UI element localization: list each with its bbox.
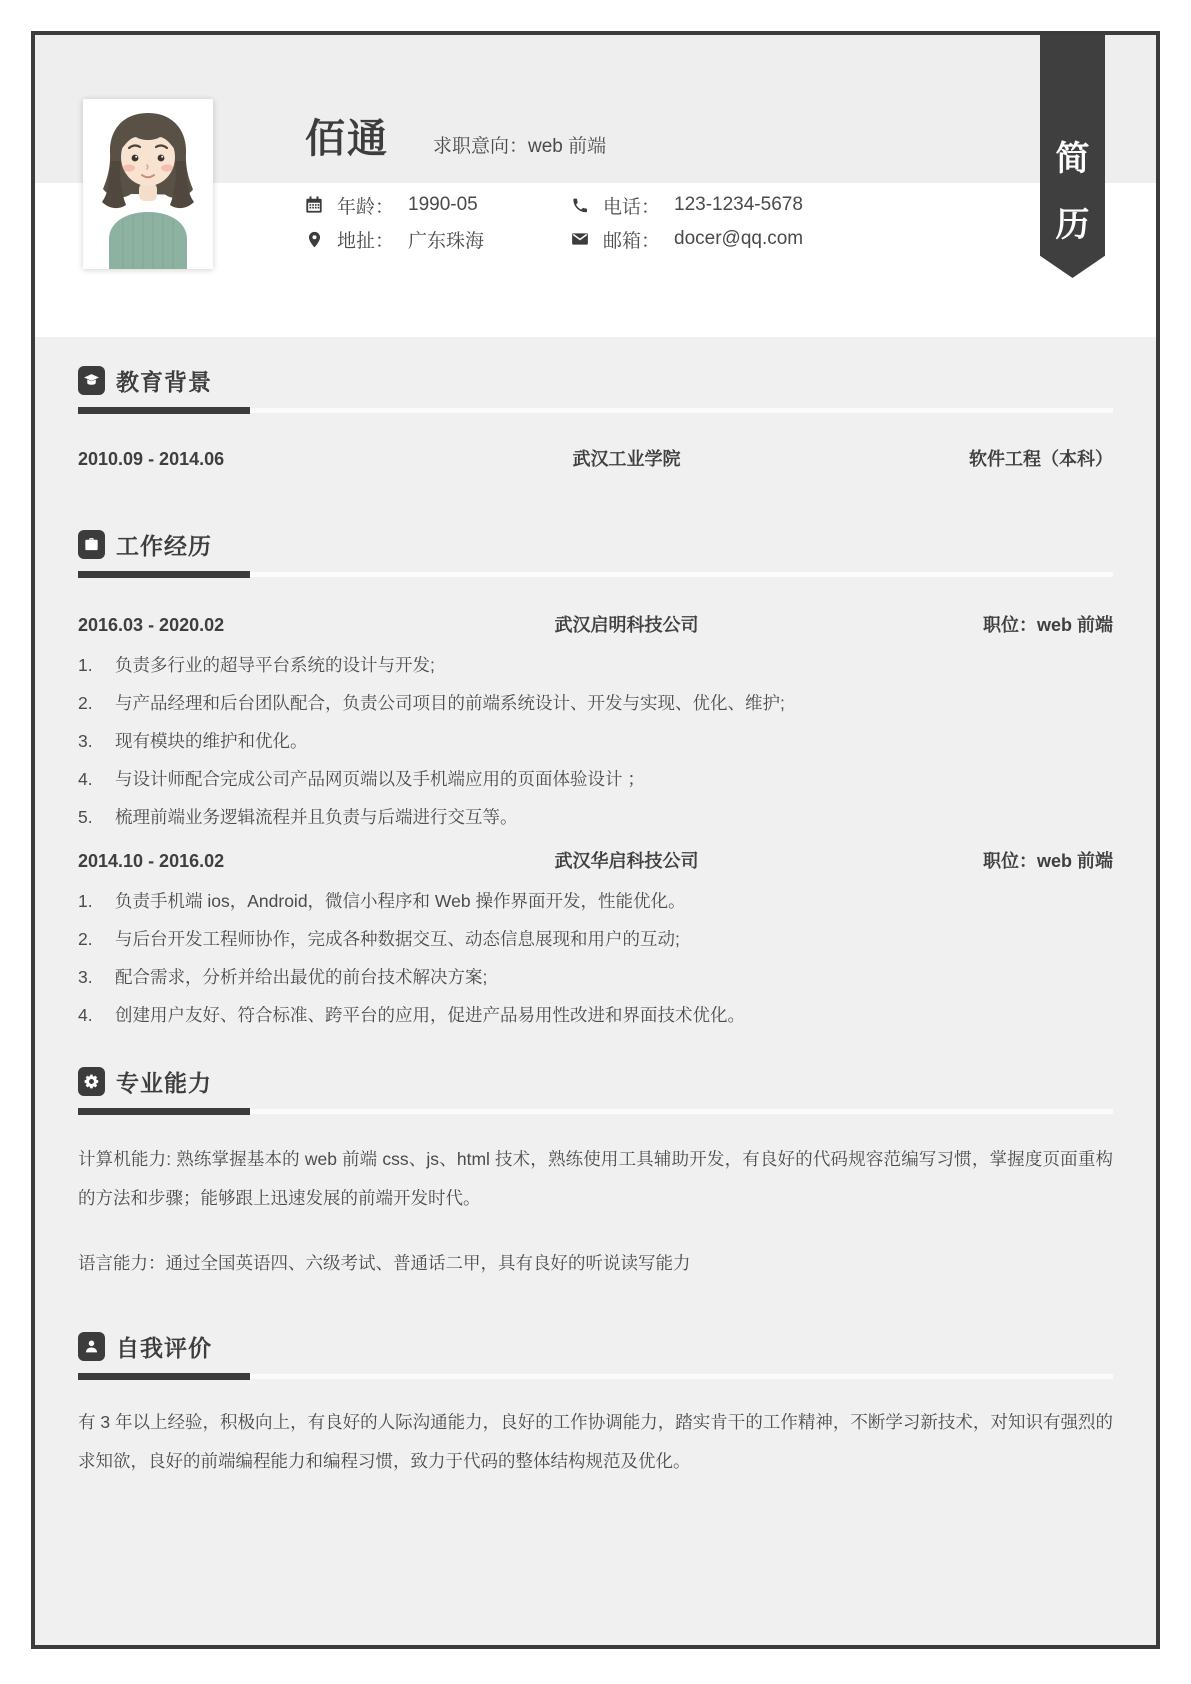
job-header-row: 2016.03 - 2020.02 武汉启明科技公司 职位：web 前端	[78, 611, 1113, 637]
education-row: 2010.09 - 2014.06 武汉工业学院 软件工程（本科）	[78, 445, 1113, 471]
job-position: 职位：web 前端	[865, 847, 1113, 873]
contact-value: 123-1234-5678	[674, 194, 803, 216]
education-degree: 软件工程（本科）	[865, 445, 1113, 471]
resume-header: 佰通 求职意向：web 前端 年龄： 1990-05 电话： 123-1234-…	[35, 35, 1156, 337]
contact-label: 邮箱：	[603, 226, 660, 253]
job-period: 2016.03 - 2020.02	[78, 615, 389, 636]
job-duty-item: 与设计师配合完成公司产品网页端以及手机端应用的页面体验设计 ；	[78, 767, 1113, 791]
location-icon	[305, 230, 323, 248]
contact-item-email: 邮箱： docer@qq.com	[571, 227, 803, 251]
section-title: 专业能力	[116, 1065, 212, 1098]
job-duty-item: 与产品经理和后台团队配合，负责公司项目的前端系统设计、开发与实现、优化、维护;	[78, 691, 1113, 715]
contact-item-phone: 电话： 123-1234-5678	[571, 193, 803, 217]
briefcase-icon	[78, 530, 105, 559]
avatar	[83, 256, 213, 273]
resume-ribbon: 简 历	[1040, 31, 1105, 278]
job-duty-item: 创建用户友好、符合标准、跨平台的应用，促进产品易用性改进和界面技术优化。	[78, 1003, 1113, 1027]
education-period: 2010.09 - 2014.06	[78, 449, 389, 470]
job-company: 武汉华启科技公司	[389, 847, 865, 873]
section-work-experience: 工作经历 2016.03 - 2020.02 武汉启明科技公司 职位：web 前…	[78, 528, 1113, 1027]
section-self-evaluation: 自我评价 有 3 年以上经验，积极向上，有良好的人际沟通能力，良好的工作协调能力…	[78, 1330, 1113, 1481]
profile-photo	[83, 99, 213, 269]
section-professional-skills: 专业能力 计算机能力: 熟练掌握基本的 web 前端 css、js、html 技…	[78, 1065, 1113, 1283]
contact-label: 地扯：	[337, 226, 394, 253]
job-duty-item: 现有模块的维护和优化。	[78, 729, 1113, 753]
section-header: 专业能力	[78, 1065, 1113, 1098]
contact-value: docer@qq.com	[674, 228, 803, 250]
job-duty-item: 配合需求，分析并给出最优的前台技术解决方案;	[78, 965, 1113, 989]
calendar-icon	[305, 196, 323, 214]
section-divider	[78, 1374, 1113, 1379]
resume-page-frame: 佰通 求职意向：web 前端 年龄： 1990-05 电话： 123-1234-…	[31, 31, 1160, 1649]
section-title: 工作经历	[116, 528, 212, 561]
section-header: 自我评价	[78, 1330, 1113, 1363]
job-objective: 求职意向：web 前端	[433, 131, 606, 158]
contact-value: 广东珠海	[408, 226, 484, 253]
section-header: 教育背景	[78, 337, 1113, 397]
contact-item-address: 地扯： 广东珠海	[305, 227, 571, 251]
job-duty-item: 负责多行业的超导平台系统的设计与开发;	[78, 653, 1113, 677]
contact-label: 电话：	[603, 192, 660, 219]
section-divider	[78, 572, 1113, 577]
contact-label: 年龄：	[337, 192, 394, 219]
section-title: 教育背景	[116, 364, 212, 397]
education-school: 武汉工业学院	[389, 445, 865, 471]
section-divider	[78, 1109, 1113, 1114]
section-divider	[78, 408, 1113, 413]
section-header: 工作经历	[78, 528, 1113, 561]
job-duty-list: 负责手机端 ios，Android，微信小程序和 Web 操作界面开发，性能优化…	[78, 889, 1113, 1027]
section-title: 自我评价	[116, 1330, 212, 1363]
job-duty-item: 负责手机端 ios，Android，微信小程序和 Web 操作界面开发，性能优化…	[78, 889, 1113, 913]
resume-body: 教育背景 2010.09 - 2014.06 武汉工业学院 软件工程（本科） 工…	[35, 337, 1156, 1521]
contact-item-age: 年龄： 1990-05	[305, 193, 571, 217]
ribbon-char: 简	[1056, 142, 1090, 176]
candidate-name: 佰通	[305, 107, 389, 164]
contact-info: 年龄： 1990-05 电话： 123-1234-5678 地扯： 广东珠海	[305, 193, 803, 251]
phone-icon	[571, 196, 589, 214]
section-education: 教育背景 2010.09 - 2014.06 武汉工业学院 软件工程（本科）	[78, 337, 1113, 471]
contact-value: 1990-05	[408, 194, 478, 216]
skill-line-computer: 计算机能力: 熟练掌握基本的 web 前端 css、js、html 技术，熟练使…	[78, 1140, 1113, 1218]
gear-icon	[78, 1067, 105, 1096]
ribbon-char: 历	[1056, 208, 1090, 242]
self-evaluation-text: 有 3 年以上经验，积极向上，有良好的人际沟通能力，良好的工作协调能力，踏实肯干…	[78, 1403, 1113, 1481]
job-header-row: 2014.10 - 2016.02 武汉华启科技公司 职位：web 前端	[78, 847, 1113, 873]
job-duty-list: 负责多行业的超导平台系统的设计与开发; 与产品经理和后台团队配合，负责公司项目的…	[78, 653, 1113, 829]
skill-line-language: 语言能力：通过全国英语四、六级考试、普通话二甲，具有良好的听说读写能力	[78, 1244, 1113, 1283]
job-position: 职位：web 前端	[865, 611, 1113, 637]
job-company: 武汉启明科技公司	[389, 611, 865, 637]
job-duty-item: 与后台开发工程师协作，完成各种数据交互、动态信息展现和用户的互动;	[78, 927, 1113, 951]
person-icon	[78, 1332, 105, 1361]
job-period: 2014.10 - 2016.02	[78, 851, 389, 872]
graduation-cap-icon	[78, 366, 105, 395]
identity-row: 佰通 求职意向：web 前端	[305, 107, 606, 164]
mail-icon	[571, 230, 589, 248]
job-duty-item: 梳理前端业务逻辑流程并且负责与后端进行交互等。	[78, 805, 1113, 829]
